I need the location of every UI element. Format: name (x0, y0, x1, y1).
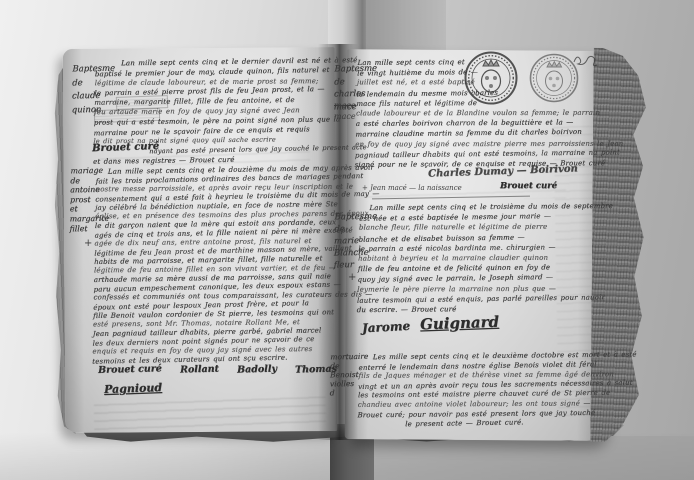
handwriting-line: chandieu avec antoine violet laboureur; … (358, 399, 602, 410)
table-shadow (374, 436, 694, 480)
ink-bleedthrough (94, 394, 327, 430)
signature-row: Brouet curéRollantBadollyThomas (98, 364, 336, 375)
marriage-entry-prost-fillet: Lan mille sept cents cinq et le douzième… (92, 164, 340, 366)
baptism-entry-marie-blanchefleur: Lan mille sept cents cinq et le troisièm… (357, 202, 604, 316)
archival-register-photo: Baptesmedeclaudequinon mariagedeantoinep… (0, 0, 694, 480)
mortuary-entry-benoist-violet: Les mille sept cents cinq et le deuxième… (357, 351, 603, 430)
interline-note: + Jean macé — la naissance (362, 184, 462, 192)
baptism-entry-charles-mace: Lan mille sept cents cinq etle vingt hui… (354, 57, 603, 171)
signature-brouet-cure: Brouet curé (500, 181, 557, 191)
signature-brouet-cure: Brouet curé (92, 141, 159, 154)
margin-cross-mark: + (348, 272, 356, 283)
signature: Thomas (294, 363, 336, 375)
signature-jarome: Jarome (362, 319, 411, 335)
handwriting-line: habitant à beyrieu et la marraine claudi… (358, 253, 602, 264)
signature: Rollant (180, 363, 219, 375)
margin-cross-mark: + (84, 238, 92, 249)
margin-word-rewrite: mace (334, 112, 356, 121)
scanner-stand-pole-bottom (330, 434, 374, 480)
signature-pagnioud: Pagnioud (104, 381, 162, 396)
margin-word-struck: mace (334, 101, 356, 110)
handwriting-line: claude laboureur et de la Blandine voulo… (356, 109, 602, 120)
signature: Badolly (237, 363, 277, 375)
signature-guignard: Guignard (420, 313, 500, 334)
signature: Brouet curé (98, 363, 162, 376)
